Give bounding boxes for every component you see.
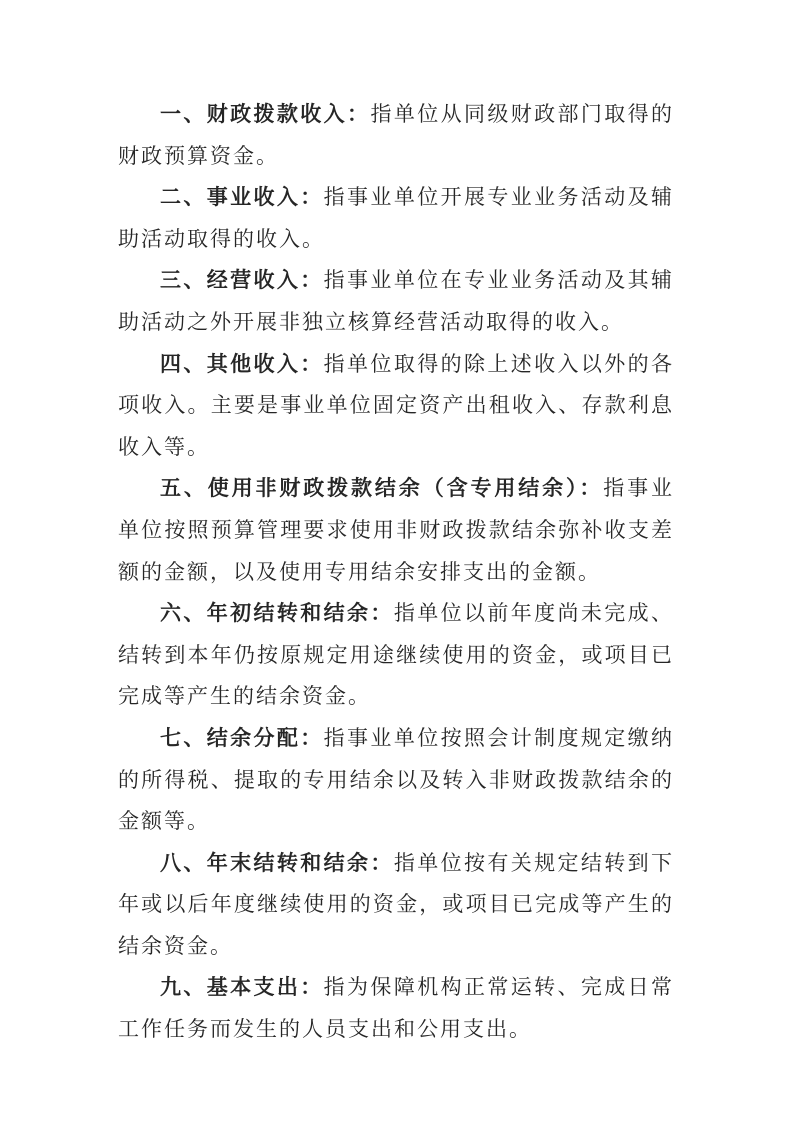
term-label: 八、年末结转和结余： [160, 851, 394, 875]
definition-paragraph: 二、事业收入：指事业单位开展专业业务活动及辅助活动取得的收入。 [118, 177, 674, 260]
definition-paragraph: 五、使用非财政拨款结余（含专用结余）：指事业单位按照预算管理要求使用非财政拨款结… [118, 468, 674, 593]
term-label: 九、基本支出： [160, 975, 324, 999]
definition-paragraph: 四、其他收入：指单位取得的除上述收入以外的各项收入。主要是事业单位固定资产出租收… [118, 344, 674, 469]
document-page: 一、财政拨款收入：指单位从同级财政部门取得的财政预算资金。 二、事业收入：指事业… [0, 0, 793, 1122]
term-label: 三、经营收入： [160, 268, 324, 292]
definition-paragraph: 一、财政拨款收入：指单位从同级财政部门取得的财政预算资金。 [118, 94, 674, 177]
document-body: 一、财政拨款收入：指单位从同级财政部门取得的财政预算资金。 二、事业收入：指事业… [118, 94, 674, 1051]
term-label: 二、事业收入： [160, 185, 324, 209]
term-label: 六、年初结转和结余： [160, 601, 394, 625]
term-label: 五、使用非财政拨款结余（含专用结余）： [160, 476, 603, 500]
definition-paragraph: 七、结余分配：指事业单位按照会计制度规定缴纳的所得税、提取的专用结余以及转入非财… [118, 718, 674, 843]
term-label: 一、财政拨款收入： [160, 102, 370, 126]
term-label: 七、结余分配： [160, 726, 324, 750]
definition-paragraph: 三、经营收入：指事业单位在专业业务活动及其辅助活动之外开展非独立核算经营活动取得… [118, 260, 674, 343]
term-label: 四、其他收入： [160, 352, 324, 376]
definition-paragraph: 九、基本支出：指为保障机构正常运转、完成日常工作任务而发生的人员支出和公用支出。 [118, 967, 674, 1050]
definition-paragraph: 八、年末结转和结余：指单位按有关规定结转到下年或以后年度继续使用的资金，或项目已… [118, 843, 674, 968]
definition-paragraph: 六、年初结转和结余：指单位以前年度尚未完成、结转到本年仍按原规定用途继续使用的资… [118, 593, 674, 718]
